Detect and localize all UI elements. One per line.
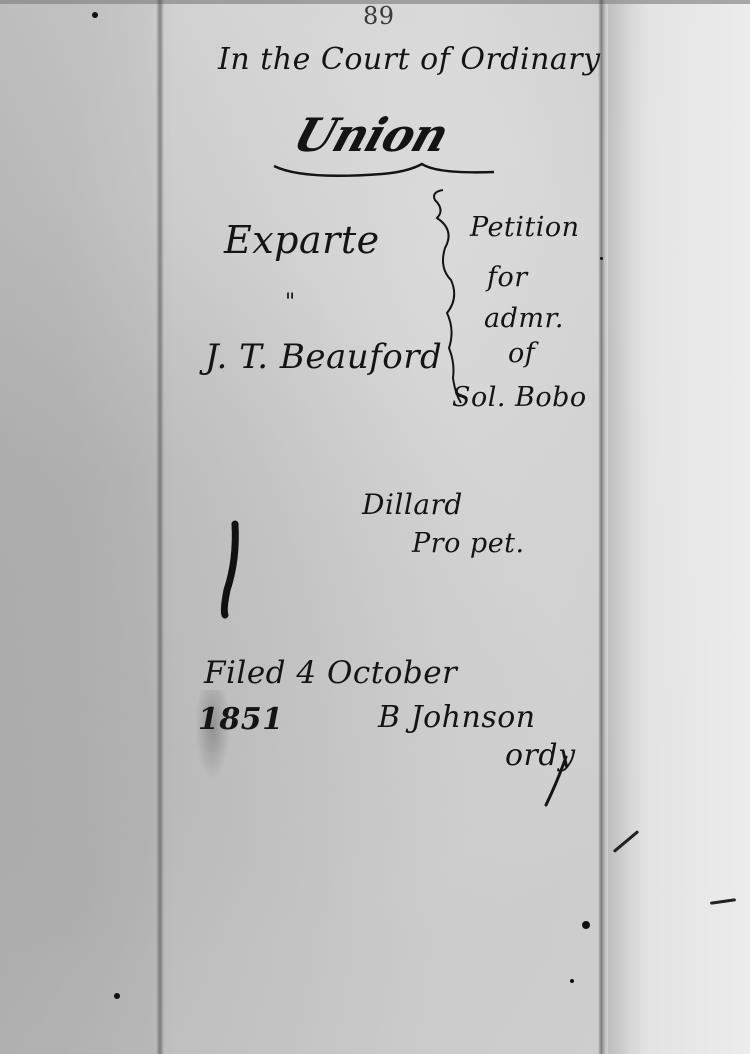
- attorney-name: Dillard: [362, 488, 463, 521]
- party-heading: Exparte: [224, 218, 380, 262]
- ditto-mark: ": [285, 290, 296, 315]
- underline-flourish: [272, 160, 497, 184]
- attorney-role: Pro pet.: [412, 528, 525, 559]
- ink-speck: [582, 921, 590, 929]
- ink-speck: [92, 12, 98, 18]
- curly-brace: [425, 188, 475, 408]
- filed-line: Filed 4 October: [204, 655, 457, 691]
- court-title: In the Court of Ordinary: [218, 42, 601, 77]
- petitioner-name: J. T. Beauford: [205, 337, 442, 377]
- ink-speck: [600, 257, 603, 260]
- matter-line: Petition: [470, 212, 580, 243]
- signature-descender: [540, 755, 570, 810]
- right-fold-crease: [598, 0, 608, 1054]
- filed-year: 1851: [198, 702, 284, 737]
- right-fold-shadow: [608, 0, 648, 1054]
- ink-stroke-mark: [215, 520, 245, 620]
- matter-line: of: [508, 338, 535, 369]
- ink-speck: [570, 979, 574, 983]
- docket-number: 89: [363, 2, 395, 30]
- matter-line: Sol. Bobo: [452, 382, 587, 413]
- document-page: 89 In the Court of Ordinary Union Expart…: [0, 0, 750, 1054]
- matter-line: for: [487, 262, 528, 293]
- left-fold-crease: [156, 0, 164, 1054]
- ink-speck: [114, 993, 120, 999]
- district-name: Union: [287, 108, 455, 162]
- matter-line: admr.: [484, 303, 564, 334]
- filed-signer: B Johnson: [378, 700, 536, 735]
- ink-scratch: [710, 898, 736, 905]
